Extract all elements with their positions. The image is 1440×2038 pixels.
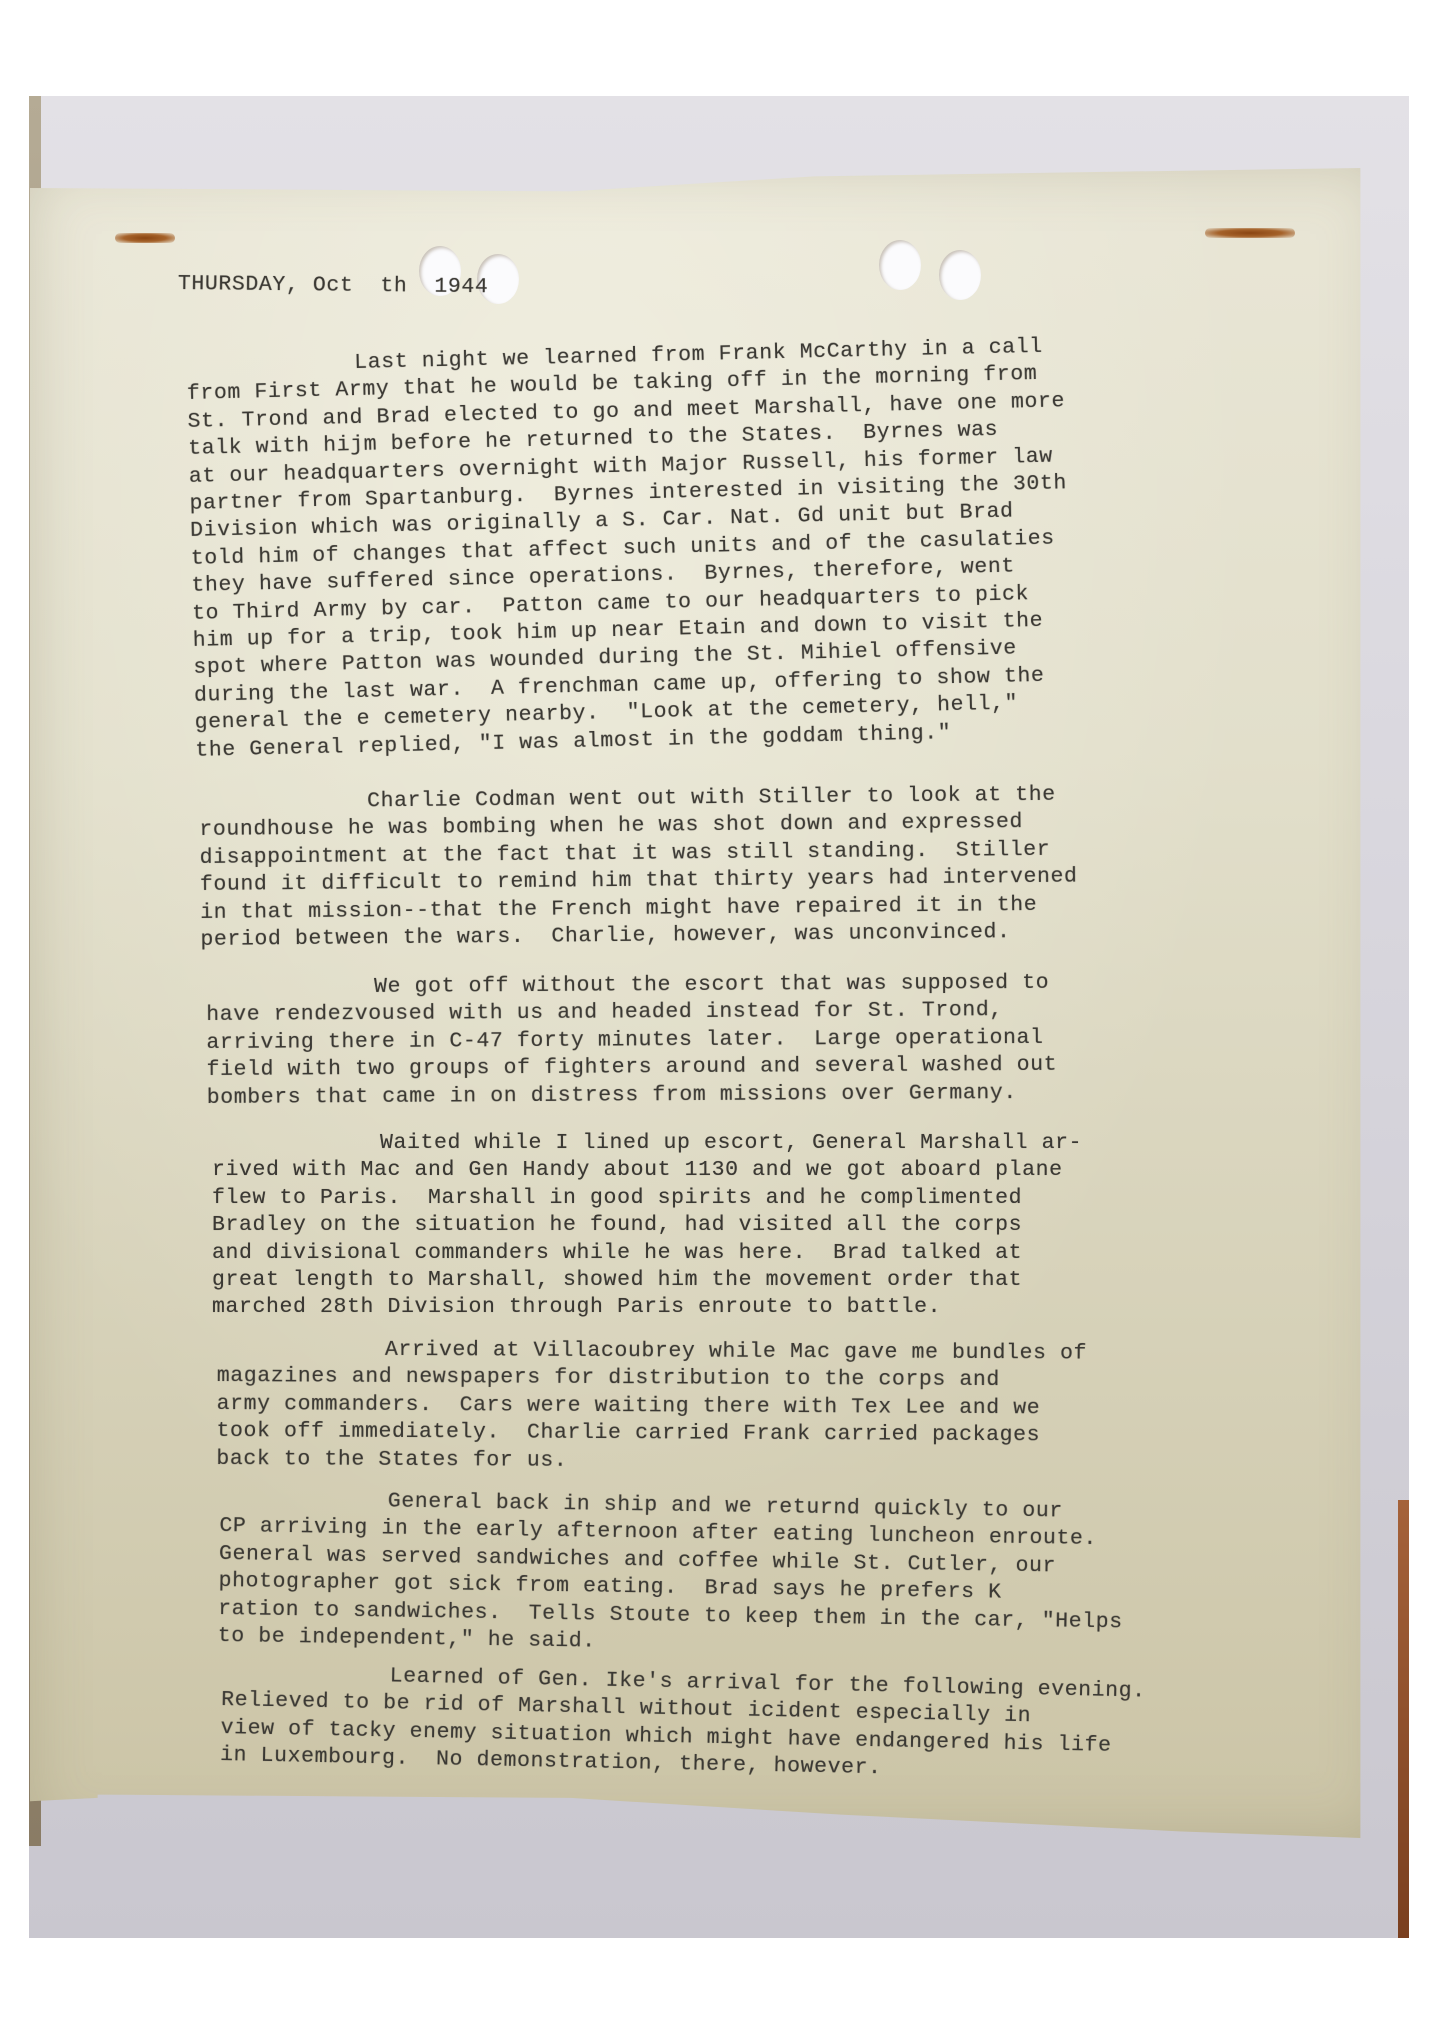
text-line: and divisional commanders while he was h… bbox=[212, 1240, 1082, 1267]
rust-stain-right bbox=[1205, 228, 1295, 238]
paragraph-5: Arrived at Villacoubrey while Mac gave m… bbox=[216, 1336, 1087, 1478]
text-line: Waited while I lined up escort, General … bbox=[212, 1130, 1082, 1157]
text-line: magazines and newspapers for distributio… bbox=[217, 1363, 1087, 1395]
paragraph-4: Waited while I lined up escort, General … bbox=[212, 1130, 1082, 1322]
paragraph-1: Last night we learned from Frank McCarth… bbox=[186, 333, 1073, 765]
text-line: great length to Marshall, showed him the… bbox=[212, 1267, 1082, 1294]
paragraph-2: Charlie Codman went out with Stiller to … bbox=[199, 782, 1078, 955]
punch-hole bbox=[939, 250, 981, 300]
right-edge-strip bbox=[1398, 1500, 1409, 1938]
paragraph-6: General back in ship and we returnd quic… bbox=[218, 1486, 1125, 1664]
rust-stain-left bbox=[115, 233, 175, 243]
paragraph-7: Learned of Gen. Ike's arrival for the fo… bbox=[220, 1660, 1146, 1788]
page-heading-date: THURSDAY, Oct th 1944 bbox=[178, 272, 489, 299]
text-line: took off immediately. Charlie carried Fr… bbox=[216, 1418, 1086, 1450]
punch-hole bbox=[879, 240, 921, 290]
text-line: bombers that came in on distress from mi… bbox=[207, 1079, 1058, 1112]
paragraph-3: We got off without the escort that was s… bbox=[206, 970, 1057, 1112]
text-line: back to the States for us. bbox=[216, 1446, 1086, 1478]
text-line: rived with Mac and Gen Handy about 1130 … bbox=[212, 1157, 1082, 1184]
text-line: marched 28th Division through Paris enro… bbox=[212, 1294, 1082, 1321]
text-line: flew to Paris. Marshall in good spirits … bbox=[212, 1185, 1082, 1212]
text-line: Bradley on the situation he found, had v… bbox=[212, 1212, 1082, 1239]
